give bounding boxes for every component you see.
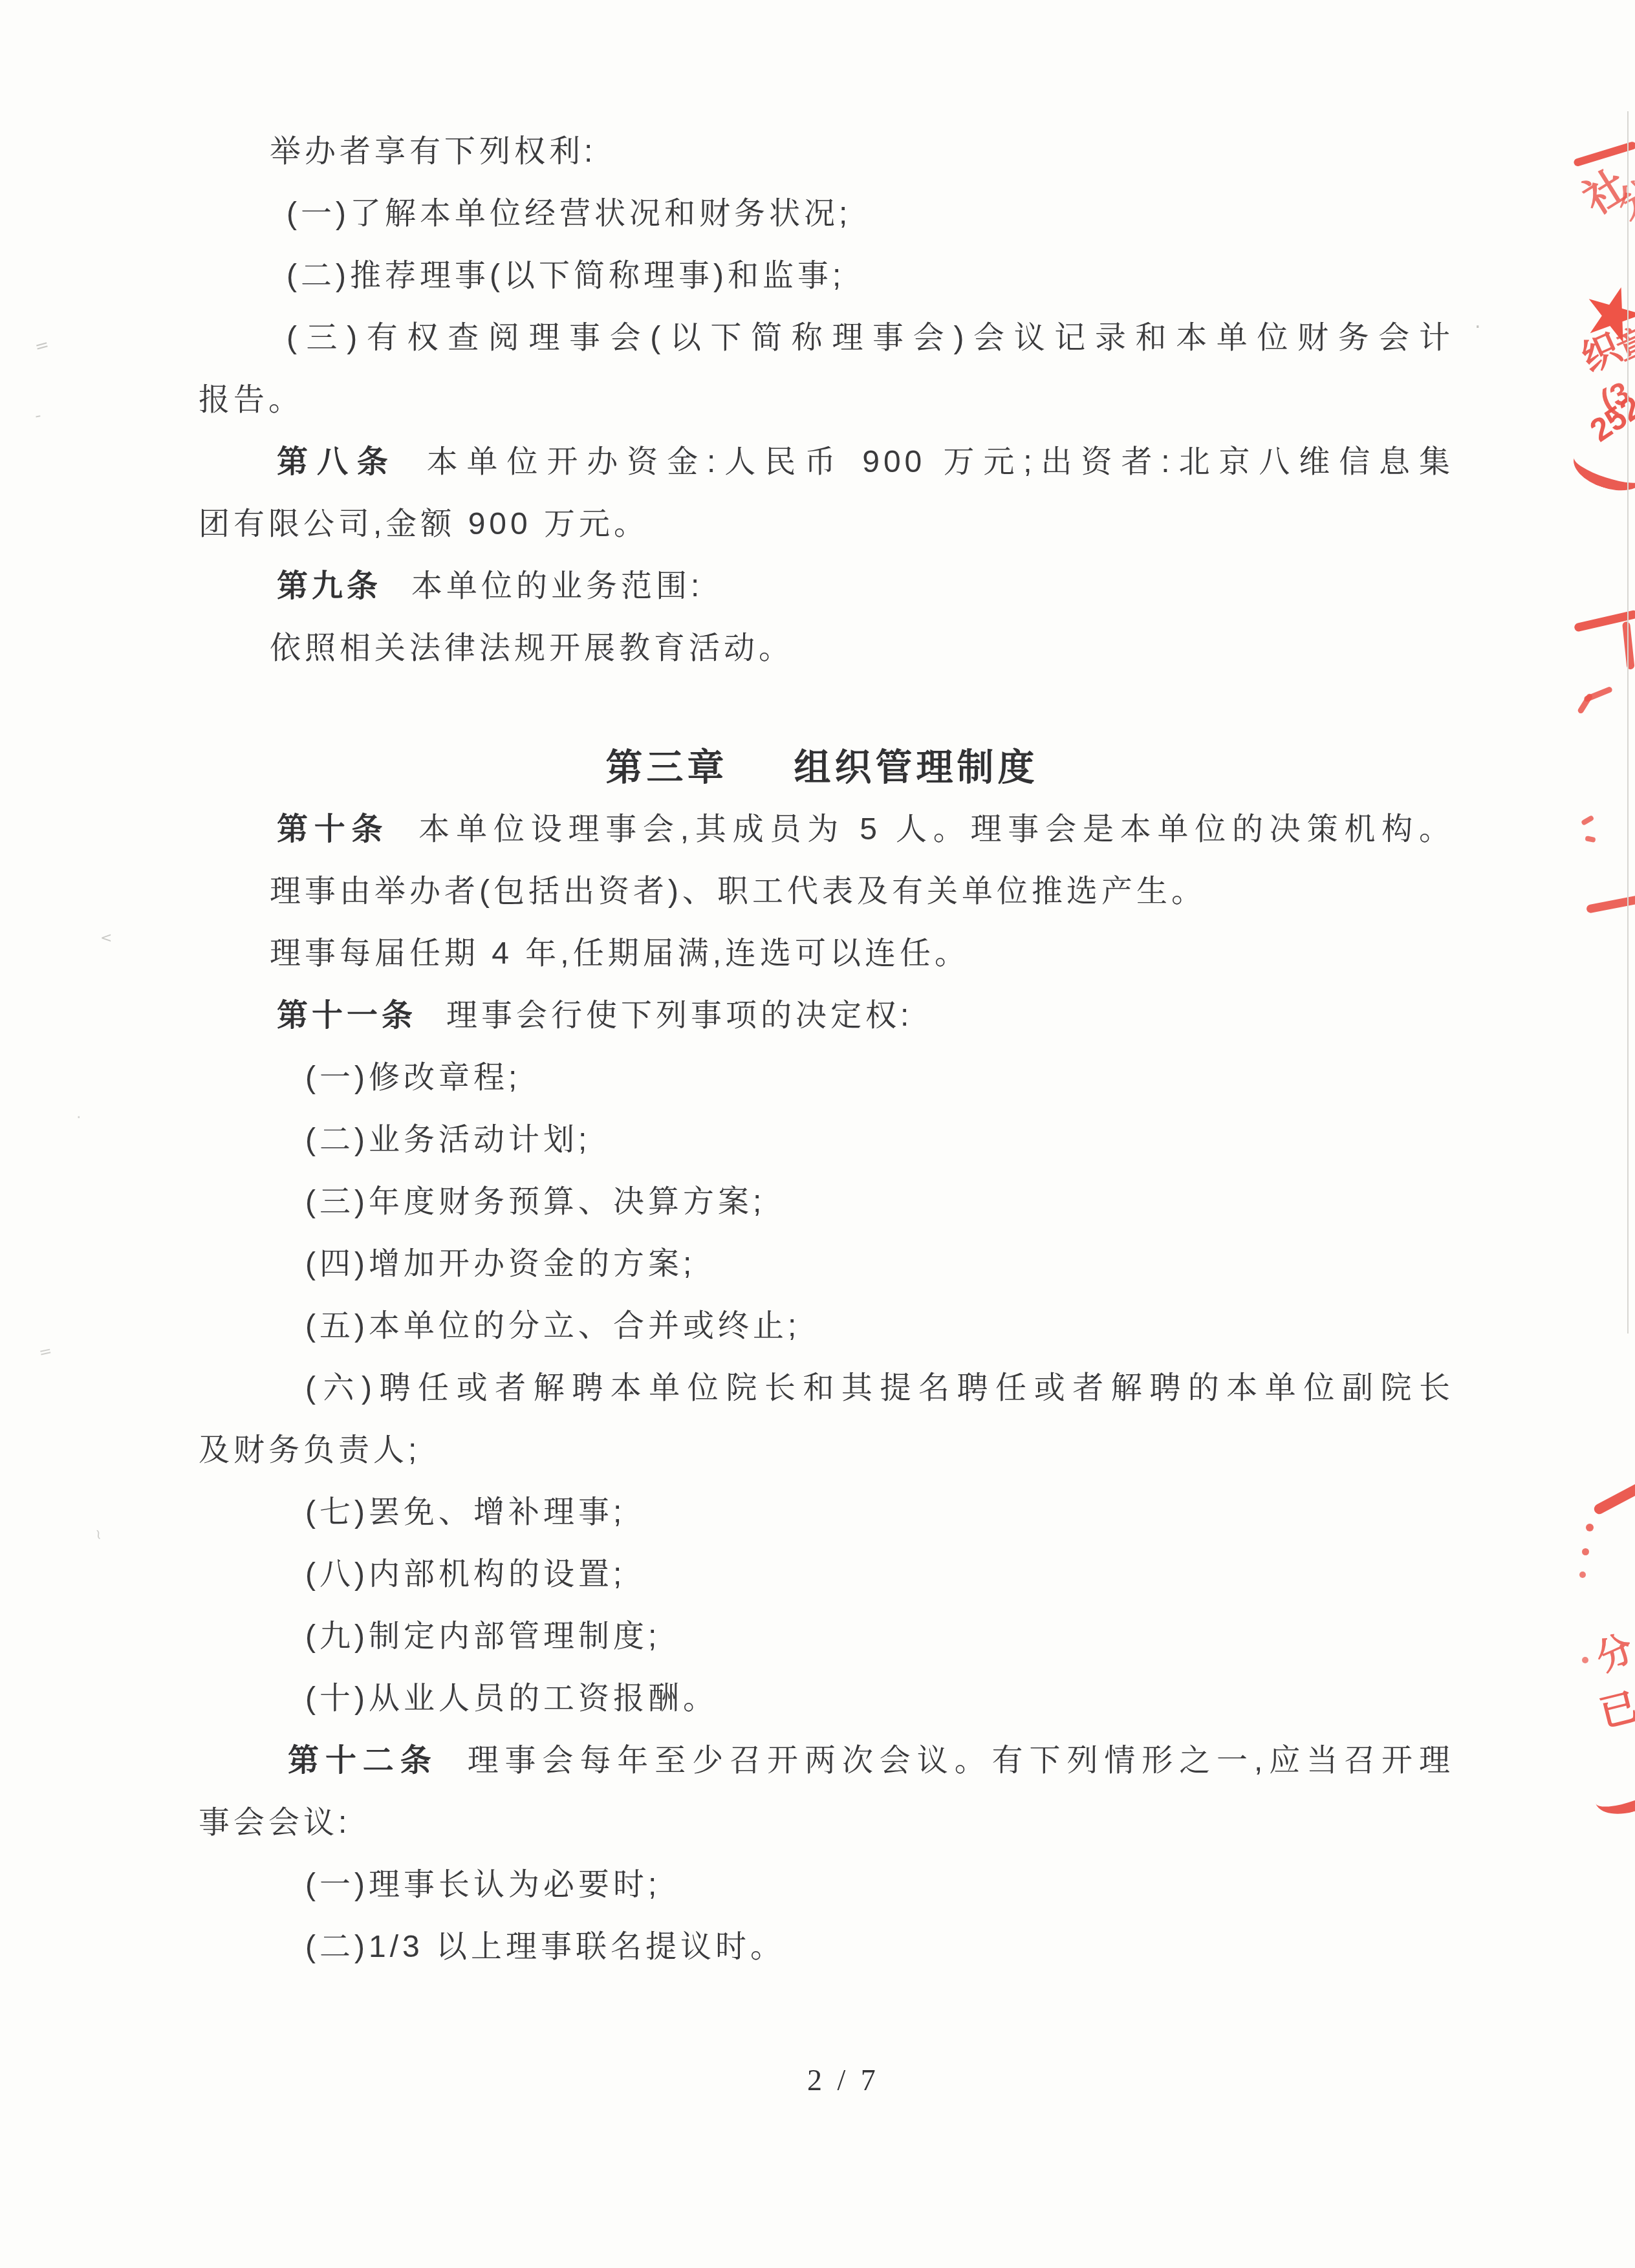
text-line: (六)聘任或者解聘本单位院长和其提名聘任或者解聘的本单位副院长 xyxy=(305,1357,1454,1420)
scan-artifact: · xyxy=(76,1110,81,1125)
text-line: 第十二条理事会每年至少召开两次会议。有下列情形之一,应当召开理 xyxy=(288,1730,1454,1792)
text-line: (五)本单位的分立、合并或终止; xyxy=(305,1295,1635,1357)
line-text: (五)本单位的分立、合并或终止; xyxy=(305,1309,800,1343)
text-line: (十)从业人员的工资报酬。 xyxy=(305,1668,1635,1730)
line-text: (三)年度财务预算、决算方案; xyxy=(305,1185,765,1219)
line-text: 理事由举办者(包括出资者)、职工代表及有关单位推选产生。 xyxy=(270,874,1206,909)
scanned-document-page: 举办者享有下列权利:(一)了解本单位经营状况和财务状况;(二)推荐理事(以下简称… xyxy=(0,0,1635,2268)
article-number: 第九条 xyxy=(277,569,382,603)
text-line: (七)罢免、增补理事; xyxy=(305,1482,1635,1544)
text-line: (一)了解本单位经营状况和财务状况; xyxy=(287,183,1635,245)
line-text: 报告。 xyxy=(199,383,303,417)
text-line: (二)业务活动计划; xyxy=(305,1109,1635,1171)
line-text: (八)内部机构的设置; xyxy=(305,1557,625,1592)
line-text: 依照相关法律法规开展教育活动。 xyxy=(270,631,794,665)
chapter-heading: 第三章组织管理制度 xyxy=(0,737,1635,799)
chapter-number: 第三章 xyxy=(606,747,728,788)
line-text: 理事会每年至少召开两次会议。有下列情形之一,应当召开理 xyxy=(468,1744,1454,1778)
article-number: 第八条 xyxy=(277,445,397,479)
line-text: 事会会议: xyxy=(199,1806,351,1840)
paper-edge-line xyxy=(1627,111,1629,1334)
line-text: (三)有权查阅理事会(以下简称理事会)会议记录和本单位财务会计 xyxy=(287,321,1454,355)
text-line: 理事每届任期 4 年,任期届满,连选可以连任。 xyxy=(270,923,1635,985)
line-text: (七)罢免、增补理事; xyxy=(305,1495,625,1529)
line-text: (二)1/3 以上理事联名提议时。 xyxy=(305,1930,785,1964)
text-line: 第八条本单位开办资金:人民币 900 万元;出资者:北京八维信息集 xyxy=(277,431,1454,493)
text-line: 依照相关法律法规开展教育活动。 xyxy=(270,618,1635,680)
line-text: 及财务负责人; xyxy=(199,1433,420,1467)
text-line: (九)制定内部管理制度; xyxy=(305,1606,1635,1668)
text-line: 举办者享有下列权利: xyxy=(270,121,1635,183)
document-body: 举办者享有下列权利:(一)了解本单位经营状况和财务状况;(二)推荐理事(以下简称… xyxy=(0,0,1635,1978)
line-text: 理事会行使下列事项的决定权: xyxy=(446,999,913,1033)
line-text: (二)推荐理事(以下简称理事)和监事; xyxy=(287,259,845,293)
line-text: (二)业务活动计划; xyxy=(305,1123,590,1157)
text-line: 团有限公司,金额 900 万元。 xyxy=(199,493,1635,556)
text-line: (一)修改章程; xyxy=(305,1047,1635,1109)
article-number: 第十条 xyxy=(277,812,389,847)
line-text: (一)修改章程; xyxy=(305,1061,521,1095)
text-line: 第十条本单位设理事会,其成员为 5 人。理事会是本单位的决策机构。 xyxy=(277,799,1454,861)
page-number: 2 / 7 xyxy=(807,2051,880,2110)
line-text: 团有限公司,金额 900 万元。 xyxy=(199,507,649,541)
article-number: 第十二条 xyxy=(288,1744,438,1778)
text-line: (一)理事长认为必要时; xyxy=(305,1854,1635,1916)
line-text: 举办者享有下列权利: xyxy=(270,135,596,169)
text-line: (二)1/3 以上理事联名提议时。 xyxy=(305,1916,1635,1978)
section-gap xyxy=(0,680,1635,737)
line-text: (一)了解本单位经营状况和财务状况; xyxy=(287,197,851,231)
text-line: (四)增加开办资金的方案; xyxy=(305,1233,1635,1295)
text-line: 理事由举办者(包括出资者)、职工代表及有关单位推选产生。 xyxy=(270,861,1635,923)
line-text: 本单位的业务范围: xyxy=(411,569,703,603)
text-line: (二)推荐理事(以下简称理事)和监事; xyxy=(287,245,1635,307)
scan-artifact: < xyxy=(100,931,112,945)
line-text: (四)增加开办资金的方案; xyxy=(305,1247,695,1281)
text-line: (三)有权查阅理事会(以下简称理事会)会议记录和本单位财务会计 xyxy=(287,307,1454,369)
text-line: (三)年度财务预算、决算方案; xyxy=(305,1171,1635,1233)
scan-artifact: · xyxy=(1475,318,1481,338)
chapter-title-text: 组织管理制度 xyxy=(794,747,1039,788)
line-text: 理事每届任期 4 年,任期届满,连选可以连任。 xyxy=(270,936,969,971)
scan-artifact: ~ xyxy=(90,1528,106,1542)
line-text: (六)聘任或者解聘本单位院长和其提名聘任或者解聘的本单位副院长 xyxy=(305,1371,1454,1405)
line-text: (一)理事长认为必要时; xyxy=(305,1868,660,1902)
text-line: 及财务负责人; xyxy=(199,1420,1635,1482)
line-text: (九)制定内部管理制度; xyxy=(305,1619,660,1654)
text-line: 第九条本单位的业务范围: xyxy=(277,556,1635,618)
line-text: 本单位设理事会,其成员为 5 人。理事会是本单位的决策机构。 xyxy=(418,812,1454,847)
line-text: 本单位开办资金:人民币 900 万元;出资者:北京八维信息集 xyxy=(427,445,1454,479)
line-text: (十)从业人员的工资报酬。 xyxy=(305,1681,718,1716)
text-line: 事会会议: xyxy=(199,1792,1635,1854)
text-line: 第十一条理事会行使下列事项的决定权: xyxy=(277,985,1635,1047)
article-number: 第十一条 xyxy=(277,999,417,1033)
text-line: 报告。 xyxy=(199,369,1635,431)
text-line: (八)内部机构的设置; xyxy=(305,1544,1635,1606)
